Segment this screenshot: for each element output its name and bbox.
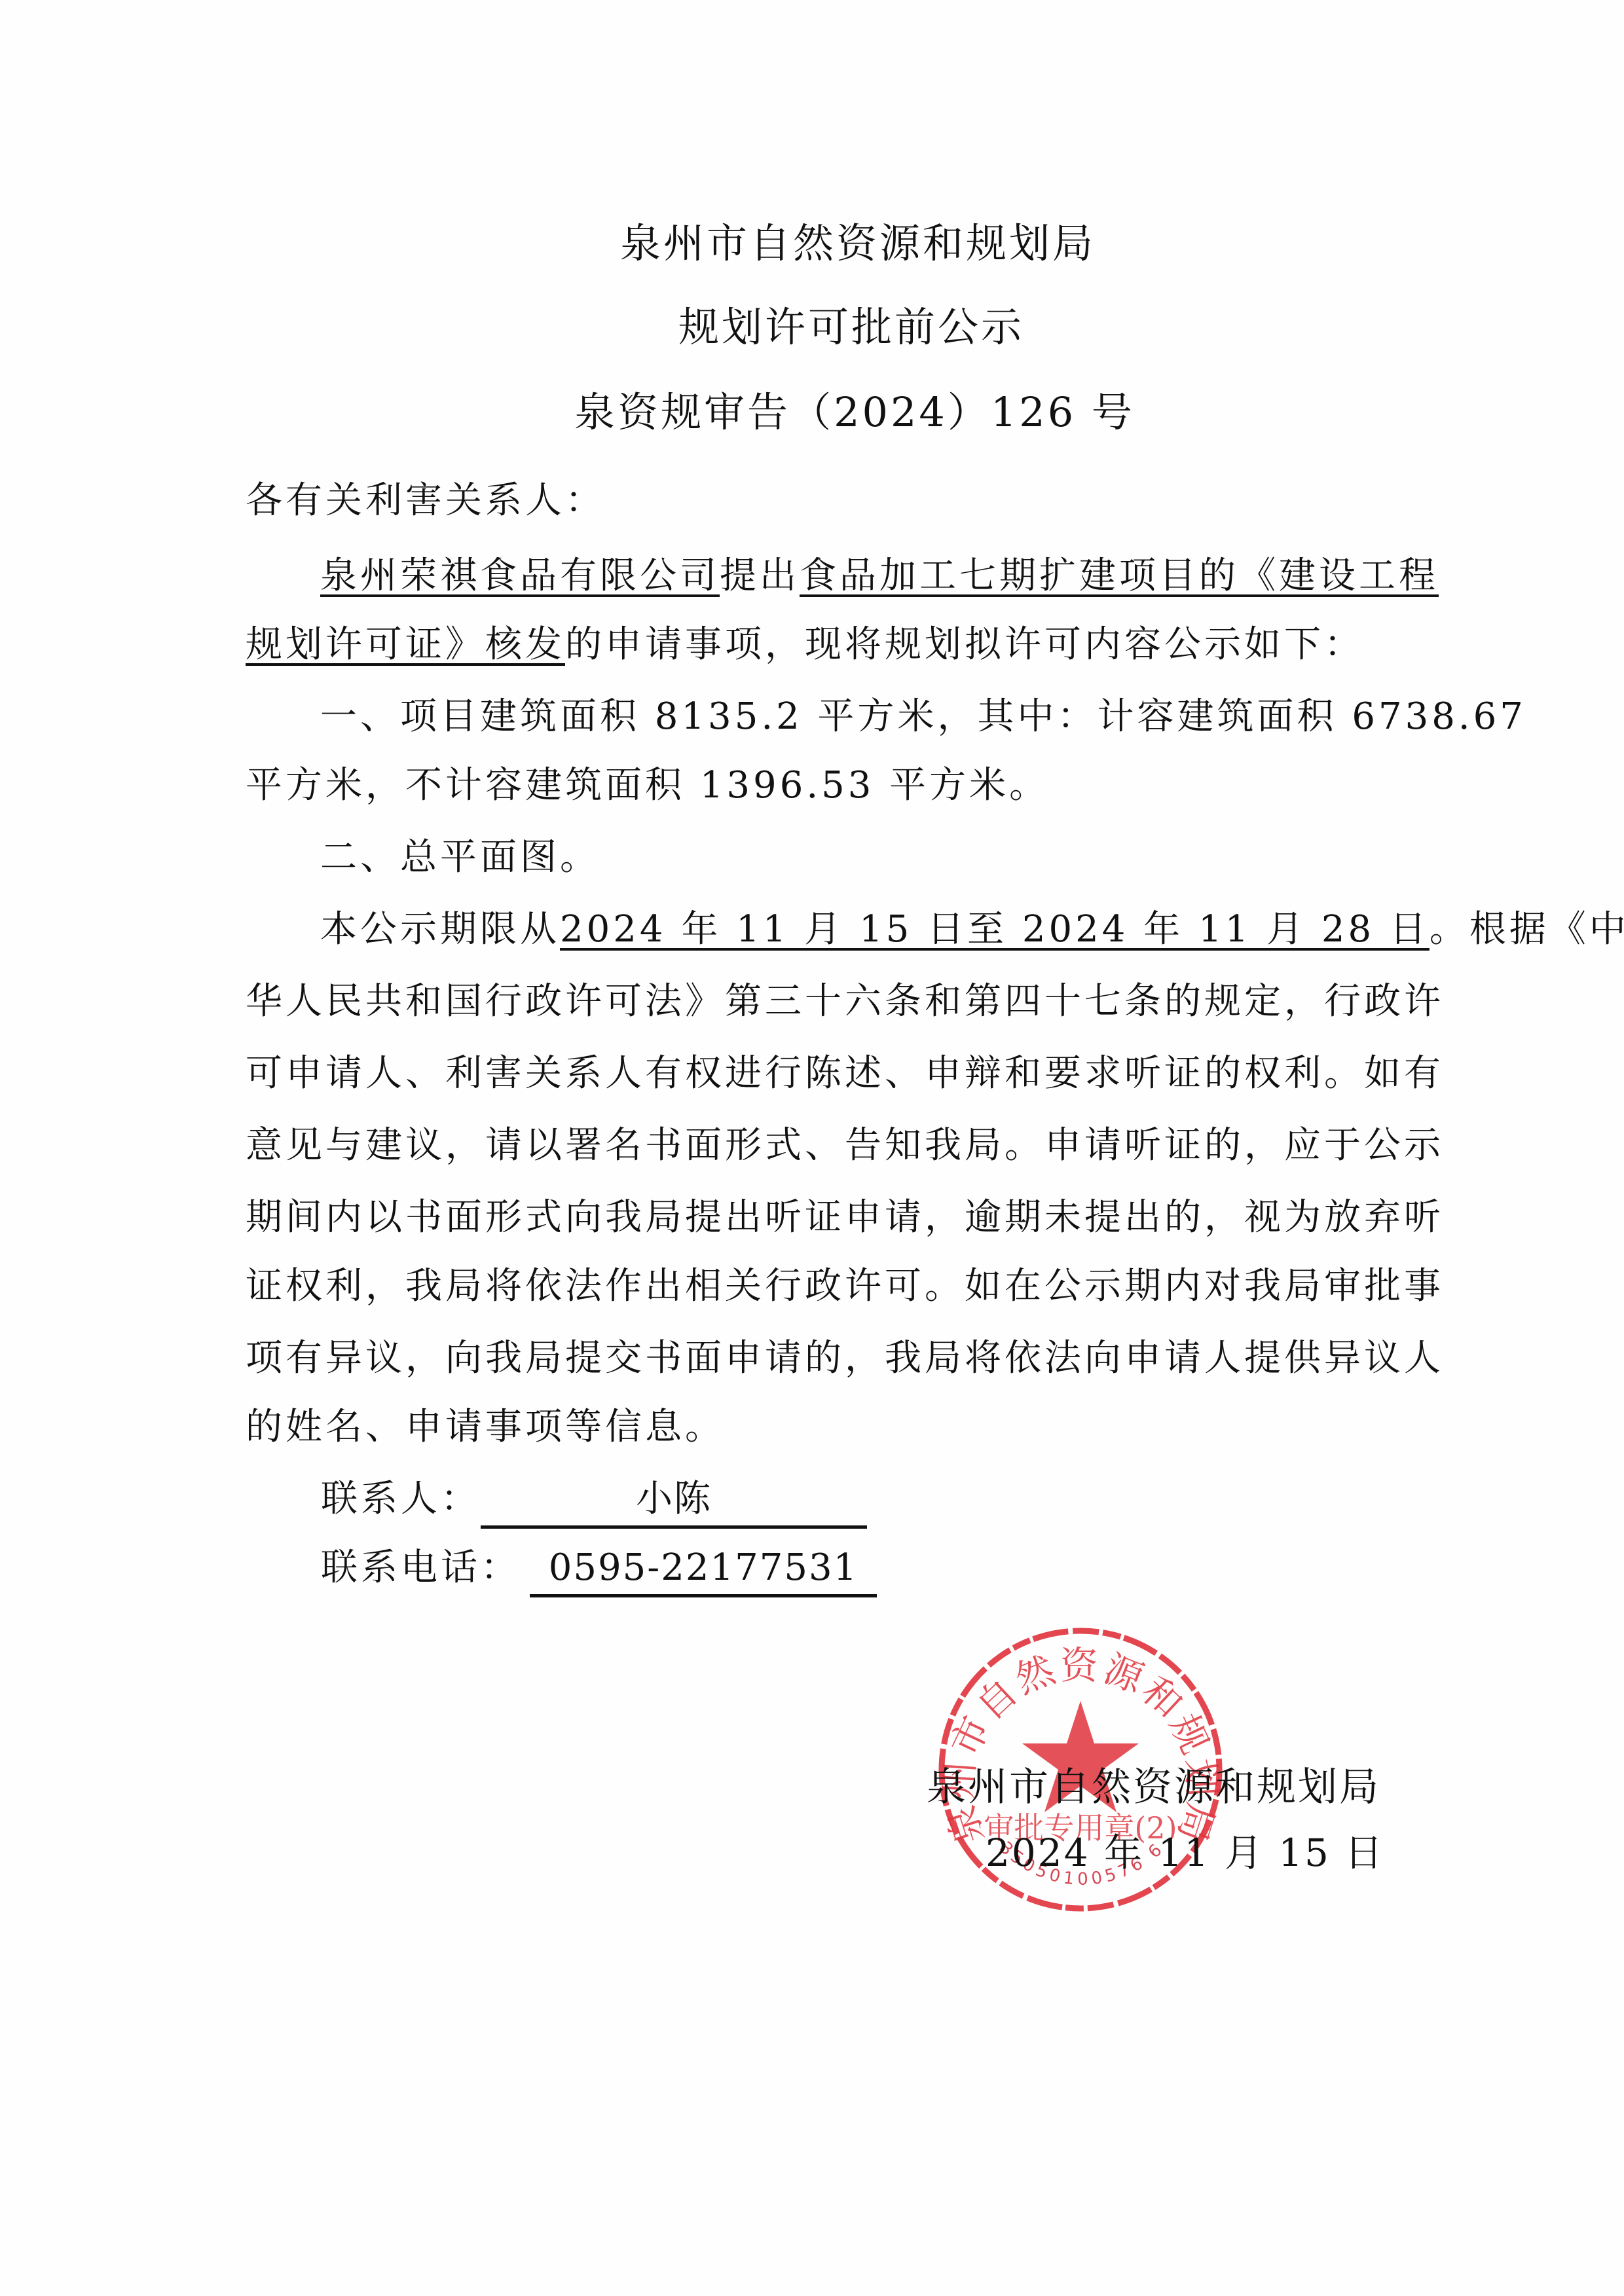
- contact-phone-row: 联系电话：0595-22177531: [321, 1542, 877, 1597]
- item-2: 二、总平面图。: [246, 831, 1382, 884]
- signature-date: 2024 年 11 月 15 日: [986, 1827, 1384, 1879]
- salutation: 各有关利害关系人：: [246, 475, 1382, 527]
- period-suffix: 。根据《中: [1430, 908, 1624, 951]
- contact-person-label: 联系人：: [321, 1478, 481, 1520]
- document-number: 泉资规审告（2024）126 号: [0, 386, 1624, 439]
- body-line: 项有异议，向我局提交书面申请的，我局将依法向申请人提供异议人: [246, 1332, 1382, 1385]
- signature-organization: 泉州市自然资源和规划局: [927, 1761, 1380, 1813]
- body-line: 意见与建议，请以署名书面形式、告知我局。申请听证的，应于公示: [246, 1120, 1382, 1172]
- document-page: 泉州市自然资源和规划局 规划许可批前公示 泉资规审告（2024）126 号 各有…: [0, 0, 1624, 2296]
- item-1-line-2: 平方米，不计容建筑面积 1396.53 平方米。: [246, 759, 1382, 812]
- contact-person-row: 联系人：小陈: [321, 1473, 867, 1529]
- project-name: 食品加工七期扩建项目的《建设工程: [800, 555, 1439, 597]
- contact-person-value: 小陈: [481, 1473, 867, 1529]
- permit-type: 规划许可证》核发: [246, 623, 565, 666]
- body-line: 可申请人、利害关系人有权进行陈述、申辩和要求听证的权利。如有: [246, 1048, 1382, 1100]
- notice-title: 规划许可批前公示: [0, 301, 1624, 354]
- body-line: 证权利，我局将依法作出相关行政许可。如在公示期内对我局审批事: [246, 1260, 1382, 1313]
- intro-line-1: 泉州荣祺食品有限公司提出食品加工七期扩建项目的《建设工程: [246, 550, 1382, 602]
- intro-rest: 的申请事项，现将规划拟许可内容公示如下：: [565, 623, 1364, 666]
- period-prefix: 本公示期限从: [320, 908, 560, 951]
- period-range: 2024 年 11 月 15 日至 2024 年 11 月 28 日: [560, 908, 1430, 951]
- contact-phone-label: 联系电话：: [321, 1546, 521, 1589]
- body-line: 期间内以书面形式向我局提出听证申请，逾期未提出的，视为放弃听: [246, 1192, 1382, 1244]
- intro-line-2: 规划许可证》核发的申请事项，现将规划拟许可内容公示如下：: [246, 619, 1382, 671]
- body-line: 的姓名、申请事项等信息。: [246, 1401, 1382, 1453]
- intro-verb: 提出: [720, 555, 800, 597]
- period-line: 本公示期限从2024 年 11 月 15 日至 2024 年 11 月 28 日…: [246, 903, 1382, 956]
- item-1-line-1: 一、项目建筑面积 8135.2 平方米，其中：计容建筑面积 6738.67: [246, 691, 1382, 743]
- agency-title: 泉州市自然资源和规划局: [0, 217, 1624, 270]
- applicant-name: 泉州荣祺食品有限公司: [320, 555, 720, 597]
- body-line: 华人民共和国行政许可法》第三十六条和第四十七条的规定，行政许: [246, 975, 1382, 1028]
- contact-phone-value: 0595-22177531: [530, 1542, 877, 1597]
